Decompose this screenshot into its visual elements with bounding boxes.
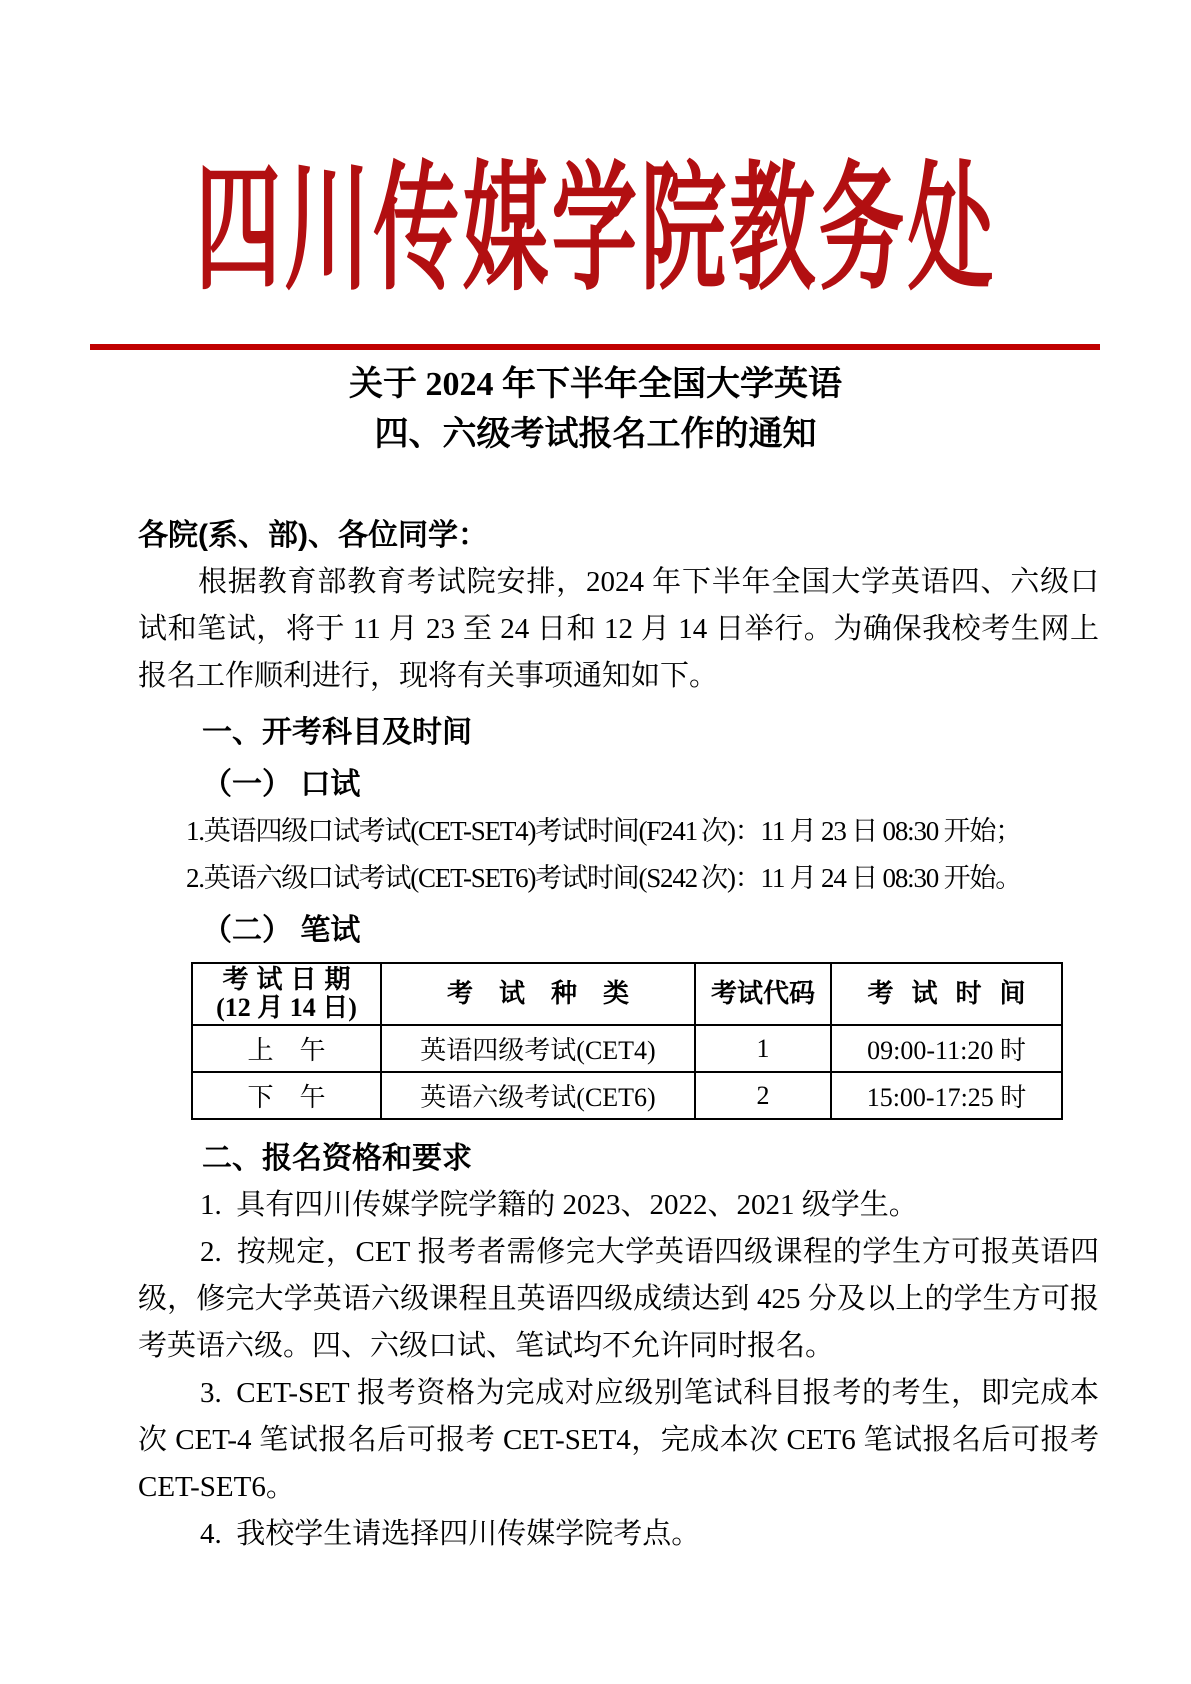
type-cell: 英语四级考试(CET4) [381, 1025, 695, 1072]
header-exam-type: 考试种类 [381, 963, 695, 1025]
section-heading-eligibility: 二、报名资格和要求 [138, 1135, 1099, 1182]
time-cell: 09:00-11:20 时 [831, 1025, 1062, 1072]
table-row-morning: 上 午 英语四级考试(CET4) 1 09:00-11:20 时 [192, 1025, 1062, 1072]
requirement-item-1: 1. 具有四川传媒学院学籍的 2023、2022、2021 级学生。 [138, 1182, 1099, 1229]
code-cell: 1 [695, 1025, 831, 1072]
table-row-afternoon: 下 午 英语六级考试(CET6) 2 15:00-17:25 时 [192, 1072, 1062, 1119]
notice-title-line2: 四、六级考试报名工作的通知 [0, 410, 1191, 460]
table-header-row: 考试日期 (12 月 14 日) 考试种类 考试代码 考试时间 [192, 963, 1062, 1025]
type-cell: 英语六级考试(CET6) [381, 1072, 695, 1119]
intro-paragraph: 根据教育部教育考试院安排，2024 年下半年全国大学英语四、六级口试和笔试，将于… [138, 559, 1099, 700]
notice-document-page: 四川传媒学院教务处 关于 2024 年下半年全国大学英语 四、六级考试报名工作的… [0, 0, 1191, 1684]
header-exam-date-line2: (12 月 14 日) [193, 994, 380, 1022]
requirement-item-4: 4. 我校学生请选择四川传媒学院考点。 [138, 1511, 1099, 1558]
salutation: 各院(系、部)、各位同学： [138, 512, 1099, 559]
written-exam-table: 考试日期 (12 月 14 日) 考试种类 考试代码 考试时间 上 午 英语四级… [191, 962, 1063, 1120]
header-exam-code: 考试代码 [695, 963, 831, 1025]
header-exam-time: 考试时间 [831, 963, 1062, 1025]
subheading-oral: （一） 口试 [138, 761, 1099, 808]
notice-title-line1: 关于 2024 年下半年全国大学英语 [0, 360, 1191, 410]
notice-body: 各院(系、部)、各位同学： 根据教育部教育考试院安排，2024 年下半年全国大学… [138, 512, 1099, 1558]
letterhead-banner: 四川传媒学院教务处 [0, 0, 1191, 310]
oral-item-cet6: 2.英语六级口试考试(CET-SET6)考试时间(S242 次)：11 月 24… [138, 855, 1099, 902]
letterhead-rule [90, 344, 1100, 350]
requirement-item-2: 2. 按规定，CET 报考者需修完大学英语四级课程的学生方可报英语四级，修完大学… [138, 1229, 1099, 1370]
code-cell: 2 [695, 1072, 831, 1119]
subheading-written: （二） 笔试 [138, 907, 1099, 954]
oral-item-cet4: 1.英语四级口试考试(CET-SET4)考试时间(F241 次)：11 月 23… [138, 808, 1099, 855]
requirement-item-3: 3. CET-SET 报考资格为完成对应级别笔试科目报考的考生，即完成本次 CE… [138, 1370, 1099, 1511]
time-cell: 15:00-17:25 时 [831, 1072, 1062, 1119]
section-heading-subjects: 一、开考科目及时间 [138, 709, 1099, 756]
notice-title: 关于 2024 年下半年全国大学英语 四、六级考试报名工作的通知 [0, 360, 1191, 460]
period-cell: 上 午 [192, 1025, 381, 1072]
period-cell: 下 午 [192, 1072, 381, 1119]
header-exam-date: 考试日期 (12 月 14 日) [192, 963, 381, 1025]
header-exam-date-line1: 考试日期 [193, 966, 380, 994]
letterhead-text: 四川传媒学院教务处 [195, 119, 996, 339]
